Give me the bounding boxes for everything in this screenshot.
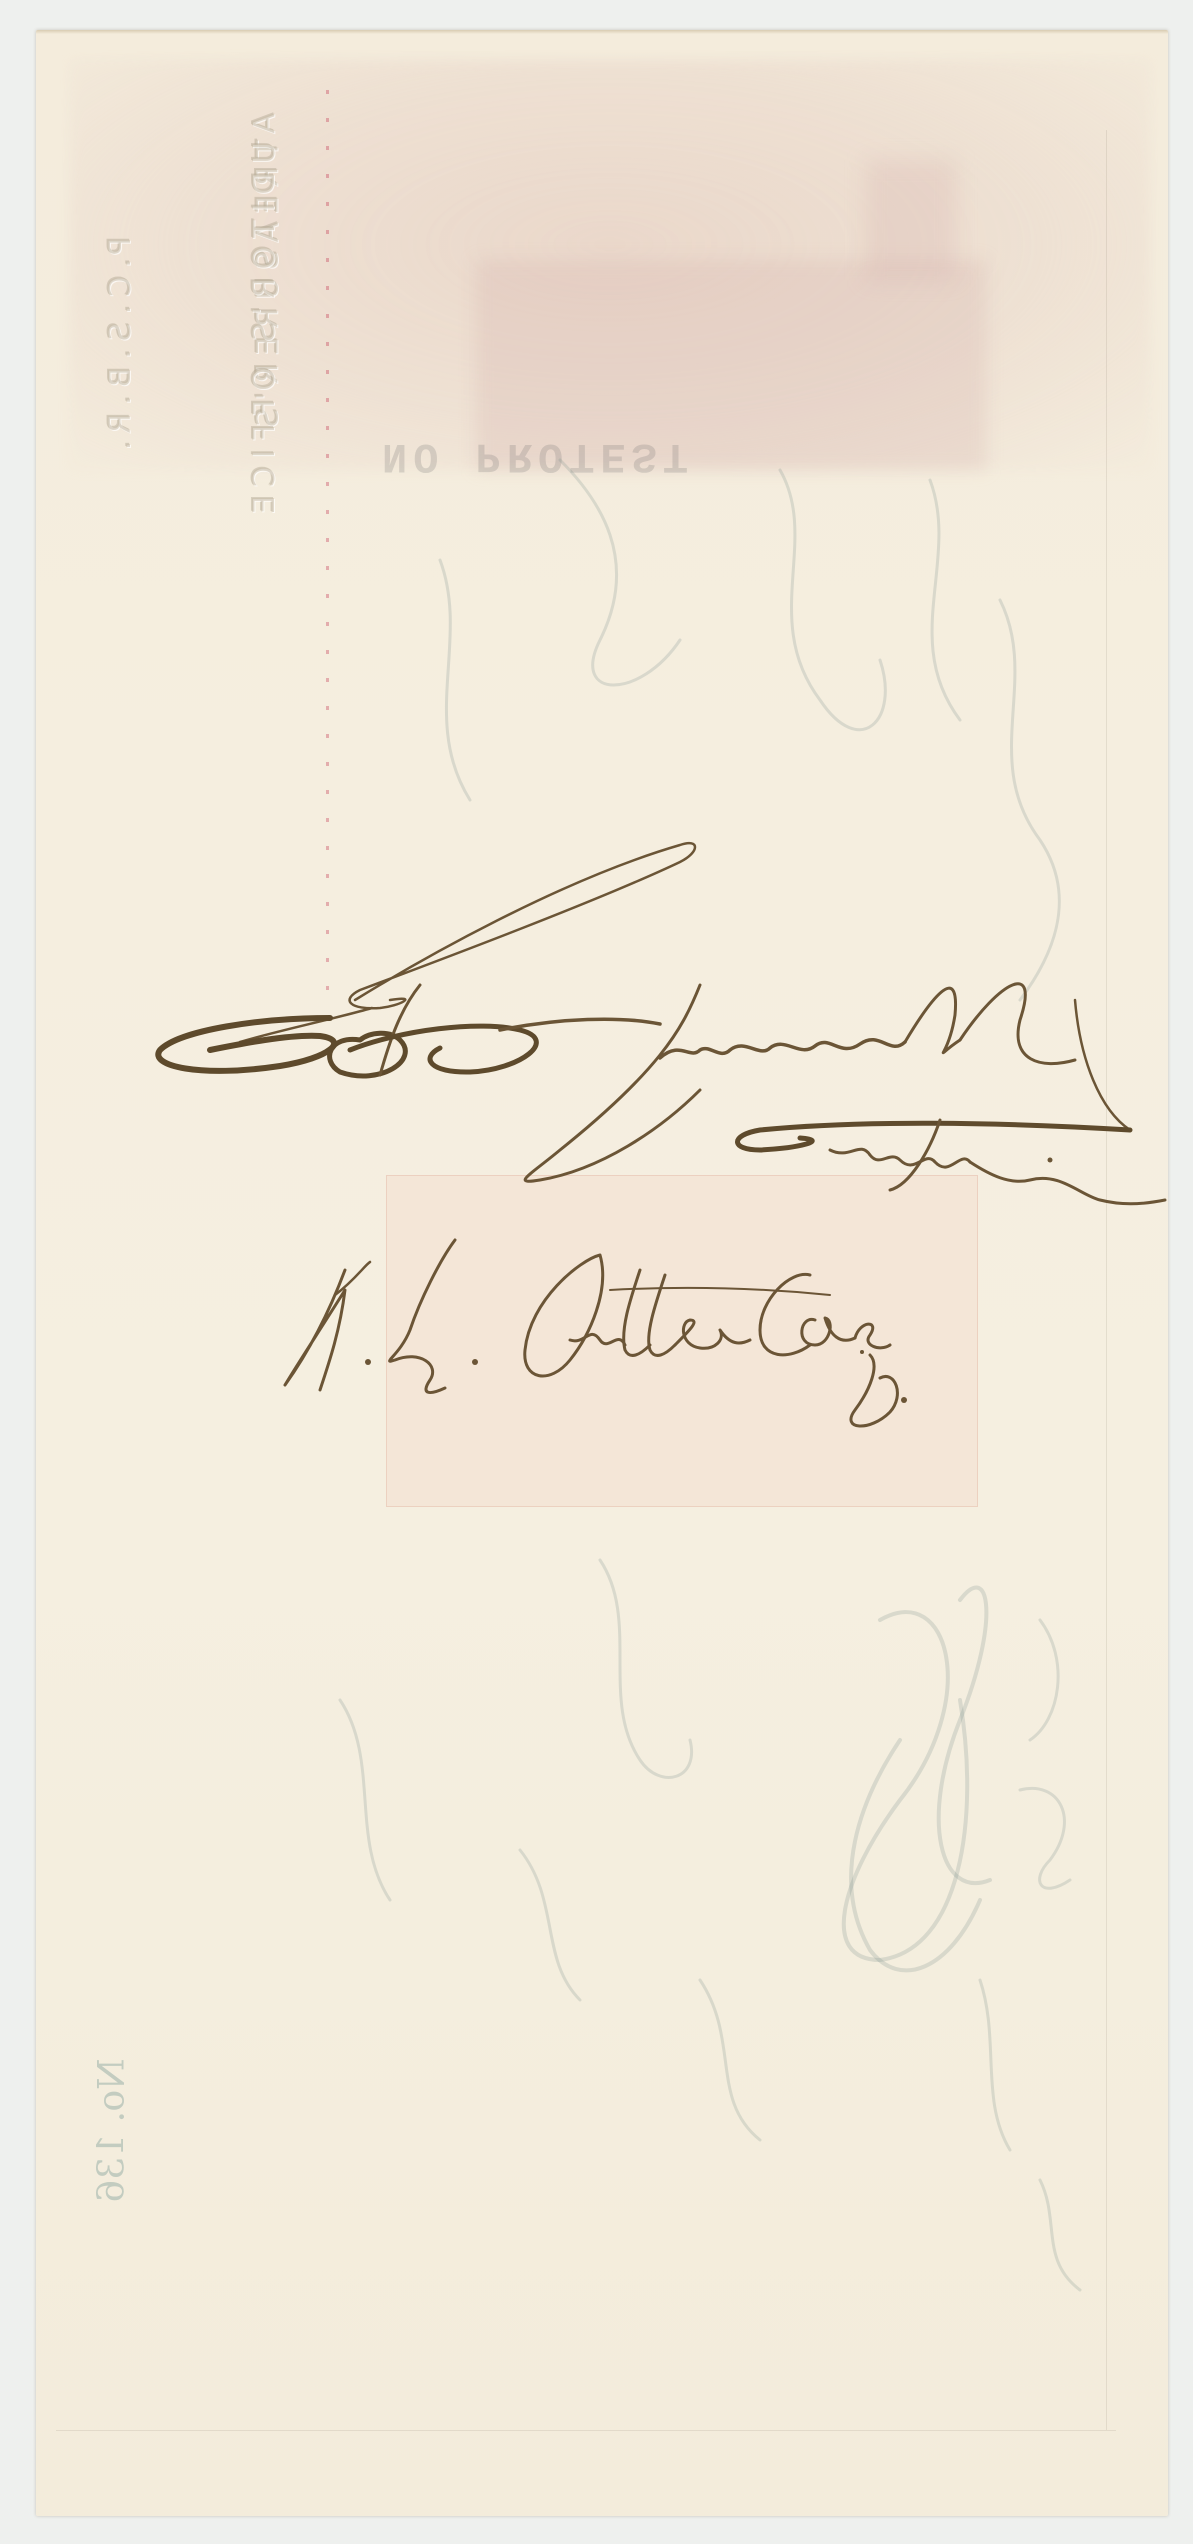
red-perforation-marks <box>326 90 329 1010</box>
revenue-stamp-show-through <box>386 1175 978 1507</box>
paper-top-edge <box>36 30 1168 34</box>
printed-rule-right <box>1106 130 1107 2430</box>
endorsement-1-title: Cashier <box>0 0 1 1</box>
endorsement-2-name: W. S. Cutter <box>0 0 1 1</box>
document-paper <box>36 30 1168 2516</box>
no-protest-stamp: NO PROTEST <box>382 432 694 480</box>
endorsement-2-title: Cas. J. <box>0 0 1 1</box>
vignette-tower-show-through <box>866 160 956 280</box>
printed-rule-bottom <box>56 2430 1116 2431</box>
endorsement-1-name: E. H. Ingersoll <box>0 0 1 1</box>
check-number-show-through: No. 136 <box>92 2058 133 2202</box>
emboss-stamp-line-3: P.C.S.B.R. <box>103 237 138 458</box>
emboss-stamp-line-2: AUDITOR'S OFFICE <box>247 113 282 522</box>
